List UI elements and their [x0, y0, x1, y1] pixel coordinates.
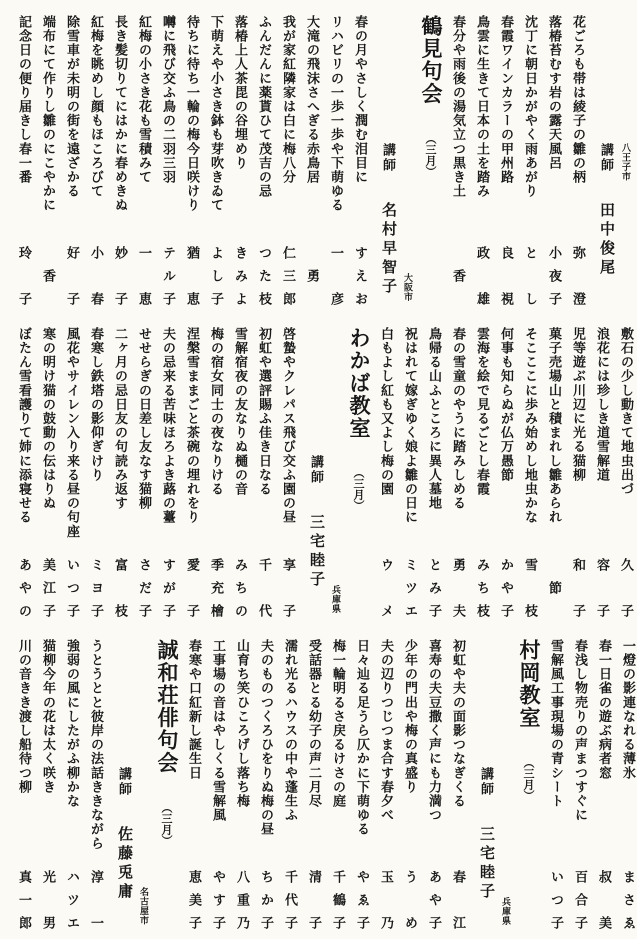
haiku-author: とし — [523, 246, 538, 306]
haiku-text: 少年の門出や梅の真盛り — [403, 639, 418, 794]
haiku-author: テル子 — [161, 246, 176, 306]
haiku-entry: せせらぎの日差し友なす猫柳 さだ子 — [137, 327, 152, 618]
haiku-entry: 待ちに待ち一輪の梅今日咲けり 猶恵 — [185, 15, 200, 306]
haiku-entry: 梅の宿女同士の夜なりける 季充檜 — [209, 327, 224, 618]
haiku-entry: 川の音きき渡し船待つ柳 真一郎 — [17, 639, 32, 930]
haiku-text: 春の雪童のやうに踏みしめる — [451, 327, 466, 510]
haiku-text: 落椿苔むす岩の露天風呂 — [547, 15, 562, 170]
haiku-author: 八重乃 — [235, 870, 250, 930]
haiku-author: 政雄 — [475, 246, 490, 306]
haiku-entry: 山育ち笑ひころげし落ち梅 八重乃 — [235, 639, 250, 930]
haiku-entry: 二ヶ月の忌日友の句読み返す 富枝 — [113, 327, 128, 618]
haiku-text: 濡れ光るハウスの中や蓬生ふ — [283, 639, 298, 822]
haiku-entry: 囀に飛び交ふ鳥の二羽三羽 テル子 — [161, 15, 176, 306]
haiku-author: つた枝 — [257, 246, 272, 306]
haiku-author: 勇夫 — [451, 558, 466, 618]
haiku-author: すえお — [353, 246, 368, 306]
haiku-author: ミツエ — [403, 558, 418, 618]
haiku-text: 工事場の音はやしくる雪解風 — [211, 639, 226, 822]
haiku-entry: 涅槃雪ままごと茶碗の埋れをり 愛子 — [185, 327, 200, 618]
haiku-text: 夫のものつくろひをりぬ梅の昼 — [259, 639, 274, 836]
haiku-text: 端布にて作りし雛のにこやかに — [41, 15, 56, 212]
haiku-entry: 夫の辺りつじつま合す春夕べ 玉乃 — [379, 639, 394, 930]
teacher-label: 講師 — [599, 143, 614, 173]
haiku-author: 季充檜 — [209, 558, 224, 618]
haiku-text: 我が家紅隣家は白に梅八分 — [281, 15, 296, 184]
haiku-author: 玲子 — [17, 246, 32, 306]
haiku-entry: 春寒や口紅新し誕生日 恵美子 — [187, 639, 202, 930]
band-bottom: シクラメンリハビリの友支へをり 幸子 一燈の影連なれる薄氷 まさゑ 春一日雀の遊… — [8, 639, 637, 930]
haiku-text: 受話器とる幼子の声二月尽 — [307, 639, 322, 808]
section-title: 誠和荘俳句会 （三月） — [154, 639, 178, 930]
section-teacher: 講師 三宅睦子 — [476, 639, 497, 930]
haiku-author: まさゑ — [621, 870, 636, 930]
section-city-label: 兵庫県 — [330, 327, 341, 618]
haiku-author: すが子 — [161, 558, 176, 618]
haiku-author: 淳一 — [89, 870, 104, 930]
haiku-text: 喜寿の夫豆撒く声にも力満つ — [427, 639, 442, 822]
haiku-author: 百合子 — [573, 870, 588, 930]
haiku-entry: 落椿上人茶毘の谷埋めり きみよ — [233, 15, 248, 306]
haiku-author: 享子 — [281, 558, 296, 618]
haiku-text: せせらぎの日差し友なす猫柳 — [137, 327, 152, 510]
haiku-entry: 春一日雀の遊ぶ病者窓 叔美 — [597, 639, 612, 930]
haiku-entry: 猫柳今年の花は太く咲き 光男 — [41, 639, 56, 930]
haiku-author: さだ子 — [137, 558, 152, 618]
teacher-name: 三宅睦子 — [478, 826, 494, 902]
haiku-entry: 寒の明け猫の鼓動の伝はりぬ 美江子 — [41, 327, 56, 618]
haiku-text: 沈丁に朝日かがやく雨あがり — [523, 15, 538, 198]
haiku-author: 叔美 — [597, 870, 612, 930]
section-header: 多摩特養俳句クラブ （三月） 八王子市 講師 田中俊尾 — [596, 15, 637, 306]
haiku-author: 小夜子 — [547, 246, 562, 306]
haiku-author: 猶恵 — [185, 246, 200, 306]
haiku-text: 祝はれて嫁ぎゆく娘よ雛の日に — [403, 327, 418, 524]
section-header: 誠和荘俳句会 （三月） 名古屋市 講師 佐藤兎庸 — [114, 639, 178, 930]
haiku-entry: 梅一輪明るさ戻るけさの庭 千鶴子 — [331, 639, 346, 930]
haiku-text: 紅梅を眺めし顔もほころびて — [89, 15, 104, 198]
haiku-text: 鳥雲に生きて日本の土を踏み — [475, 15, 490, 198]
haiku-entry: 鳥雲に生きて日本の土を踏み 政雄 — [475, 15, 490, 306]
teacher-name: 田中俊尾 — [598, 202, 614, 278]
haiku-text: 何事も知らぬが仏万愚節 — [499, 327, 514, 482]
haiku-author: 玉乃 — [379, 870, 394, 930]
section-teacher: 講師 田中俊尾 — [596, 15, 617, 306]
haiku-entry: 濡れ光るハウスの中や蓬生ふ 千代子 — [283, 639, 298, 930]
haiku-text: 初虹や夫の面影つなぎくる — [451, 639, 466, 808]
haiku-author: 勇 — [305, 246, 320, 306]
haiku-author: 一彦 — [329, 246, 344, 306]
haiku-entry: 工事場の音はやしくる雪解風 やす子 — [211, 639, 226, 930]
haiku-entry: 記念日の便り届きし春一番 玲子 — [17, 15, 32, 306]
section-title-text: 鶴見句会 — [419, 15, 442, 105]
teacher-label: 講師 — [117, 767, 132, 797]
haiku-author: ちか子 — [259, 870, 274, 930]
haiku-text: 記念日の便り届きし春一番 — [17, 15, 32, 184]
haiku-text: 寒の明け猫の鼓動の伝はりぬ — [41, 327, 56, 510]
haiku-author: やゑ子 — [355, 870, 370, 930]
haiku-author: 春江 — [451, 870, 466, 930]
haiku-text: そこここに歩み始めし地虫かな — [523, 327, 538, 524]
haiku-entry: そこここに歩み始めし地虫かな 雪枝 — [523, 327, 538, 618]
haiku-author: いつ子 — [65, 558, 80, 618]
haiku-author: 小春 — [89, 246, 104, 306]
haiku-author: 千代 — [257, 558, 272, 618]
haiku-text: 春分や雨後の湯気立つ黒き土 — [451, 15, 466, 198]
haiku-entry: 紅梅を眺めし顔もほころびて 小春 — [89, 15, 104, 306]
haiku-text: 下萌えや小さき鉢も芽吹きゐて — [209, 15, 224, 212]
section-month-label: （三月） — [352, 467, 364, 511]
section-month-label: （三月） — [160, 802, 172, 846]
haiku-entry: 春の月やさしく潤む泪目に すえお — [353, 15, 368, 306]
haiku-text: 白もよし紅も又よし梅の園 — [379, 327, 394, 496]
haiku-text: 児等遊ぶ川辺に光る猫柳 — [571, 327, 586, 482]
teacher-label: 講師 — [381, 143, 396, 173]
haiku-text: 初虹や選評賜ふ佳き日なる — [257, 327, 272, 496]
section-title-text: 村岡教室 — [517, 639, 540, 729]
haiku-author: 光男 — [41, 870, 56, 930]
haiku-author: 節 — [547, 558, 562, 618]
haiku-entry: リハビリの一歩一歩や下萌ゆる 一彦 — [329, 15, 344, 306]
haiku-author: みち枝 — [475, 558, 490, 618]
haiku-entry: 春霞ワインカラーの甲州路 良視 — [499, 15, 514, 306]
haiku-author: 恵美子 — [187, 870, 202, 930]
haiku-author: 香 — [41, 246, 56, 306]
haiku-text: 除雪車が未明の街を遠ざかる — [65, 15, 80, 198]
haiku-entry: 少年の門出や梅の真盛り うめ — [403, 639, 418, 930]
haiku-entry: 祝はれて嫁ぎゆく娘よ雛の日に ミツエ — [403, 327, 418, 618]
haiku-text: ふんだんに薬貰ひて茂吉の忌 — [257, 15, 272, 198]
haiku-entry: 雪解宿夜の友なりぬ樋の音 みちの — [233, 327, 248, 618]
haiku-author: 雪枝 — [523, 558, 538, 618]
haiku-text: 雲海を絵で見るごとし春霞 — [475, 327, 490, 496]
haiku-author: うめ — [403, 870, 418, 930]
haiku-entry: ぼたん雪看護りて姉に添寝せる あやの — [17, 327, 32, 618]
haiku-entry: 敷石の少し動きて地虫出づ 久子 — [619, 327, 634, 618]
haiku-text: 大滝の飛沫さへぎる赤鳥居 — [305, 15, 320, 184]
section-header: 村岡教室 （三月） 兵庫県 講師 三宅睦子 — [476, 639, 540, 930]
haiku-entry: 落椿苔むす岩の露天風呂 小夜子 — [547, 15, 562, 306]
haiku-author: 清子 — [307, 870, 322, 930]
haiku-text: 春浅し物売りの声まつすぐに — [573, 639, 588, 822]
haiku-text: 涅槃雪ままごと茶碗の埋れをり — [185, 327, 200, 524]
haiku-author: ミヨ子 — [89, 558, 104, 618]
haiku-author: 和子 — [571, 558, 586, 618]
haiku-text: 浪花には珍しき道雪解道 — [595, 327, 610, 482]
haiku-text: 川の音きき渡し船待つ柳 — [17, 639, 32, 794]
haiku-entry: 春分や雨後の湯気立つ黒き土 香 — [451, 15, 466, 306]
teacher-label: 講師 — [309, 455, 324, 485]
section-month-label: （三月） — [424, 133, 436, 177]
haiku-author: 一恵 — [137, 246, 152, 306]
haiku-author: 富枝 — [113, 558, 128, 618]
haiku-text: 猫柳今年の花は太く咲き — [41, 639, 56, 794]
haiku-text: 待ちに待ち一輪の梅今日咲けり — [185, 15, 200, 212]
haiku-author: 久子 — [619, 558, 634, 618]
haiku-author: 容子 — [595, 558, 610, 618]
haiku-entry: 啓蟄やクレパス飛び交ふ園の昼 享子 — [281, 327, 296, 618]
section-city-label: 名古屋市 — [138, 639, 149, 930]
haiku-text: 敷石の少し動きて地虫出づ — [619, 327, 634, 496]
haiku-text: 梅の宿女同士の夜なりける — [209, 327, 224, 496]
haiku-author: 千代子 — [283, 870, 298, 930]
haiku-author: とみ子 — [427, 558, 442, 618]
haiku-entry: 鳥帰る山ふところに異人墓地 とみ子 — [427, 327, 442, 618]
section-header: わかば教室 （三月） 兵庫県 講師 三宅睦子 — [306, 327, 370, 618]
haiku-entry: 春浅し物売りの声まつすぐに 百合子 — [573, 639, 588, 930]
haiku-text: 春寒し鉄塔の影仰ぎけり — [89, 327, 104, 482]
haiku-entry: 除雪車が未明の街を遠ざかる 好子 — [65, 15, 80, 306]
haiku-text: 春の月やさしく潤む泪目に — [353, 15, 368, 184]
haiku-entry: 強弱の風にしたがふ柳かな ハツエ — [65, 639, 80, 930]
haiku-text: 啓蟄やクレパス飛び交ふ園の昼 — [281, 327, 296, 524]
haiku-text: 雪解宿夜の友なりぬ樋の音 — [233, 327, 248, 496]
haiku-text: 花ごろも帯は綾子の雛の柄 — [571, 15, 586, 184]
haiku-author: いつ子 — [549, 870, 564, 930]
haiku-text: 二ヶ月の忌日友の句読み返す — [113, 327, 128, 510]
haiku-entry: 菓子売場山と積まれし雛あられ 節 — [547, 327, 562, 618]
haiku-entry: 沈丁に朝日かがやく雨あがり とし — [523, 15, 538, 306]
haiku-entry: 風花やサイレン入り来る昼の句座 いつ子 — [65, 327, 80, 618]
section-city-label: 兵庫県 — [500, 639, 511, 930]
haiku-author: 千鶴子 — [331, 870, 346, 930]
teacher-name: 三宅睦子 — [308, 514, 324, 590]
section-title-text: 誠和荘俳句会 — [155, 639, 178, 774]
section-title: わかば教室 （三月） — [346, 327, 370, 618]
haiku-text: 日々辿る足うら仄かに下萌ゆる — [355, 639, 370, 836]
haiku-author: きみよ — [233, 246, 248, 306]
haiku-entry: 児等遊ぶ川辺に光る猫柳 和子 — [571, 327, 586, 618]
haiku-entry: 一燈の影連なれる薄氷 まさゑ — [621, 639, 636, 930]
haiku-author: 妙子 — [113, 246, 128, 306]
haiku-author: あやの — [17, 558, 32, 618]
haiku-author: 良視 — [499, 246, 514, 306]
teacher-name: 名村早智子 — [380, 202, 396, 297]
haiku-author: 仁三郎 — [281, 246, 296, 306]
haiku-text: 菓子売場山と積まれし雛あられ — [547, 327, 562, 524]
section-header: 鶴見句会 （三月） 大阪市 講師 名村早智子 — [378, 15, 442, 306]
section-title-text: わかば教室 — [347, 327, 370, 440]
section-month-label: （三月） — [522, 757, 534, 801]
haiku-entry: 何事も知らぬが仏万愚節 かや子 — [499, 327, 514, 618]
haiku-text: ぼたん雪看護りて姉に添寝せる — [17, 327, 32, 524]
haiku-author: 弥澄 — [571, 246, 586, 306]
haiku-entry: 端布にて作りし雛のにこやかに 香 — [41, 15, 56, 306]
haiku-text: 長き髪切りてにはかに春めきぬ — [113, 15, 128, 212]
haiku-author: やす子 — [211, 870, 226, 930]
section-teacher: 講師 名村早智子 — [378, 15, 399, 306]
haiku-text: 春一日雀の遊ぶ病者窓 — [597, 639, 612, 780]
haiku-text: 落椿上人茶毘の谷埋めり — [233, 15, 248, 170]
haiku-author: 愛子 — [185, 558, 200, 618]
haiku-text: 夫の辺りつじつま合す春夕べ — [379, 639, 394, 822]
haiku-author: ハツエ — [65, 870, 80, 930]
haiku-author: かや子 — [499, 558, 514, 618]
haiku-entry: 長き髪切りてにはかに春めきぬ 妙子 — [113, 15, 128, 306]
band-middle: 敷石の少し動きて地虫出づ 久子 浪花には珍しき道雪解道 容子 児等遊ぶ川辺に光る… — [8, 327, 634, 618]
haiku-text: 一燈の影連なれる薄氷 — [621, 639, 636, 780]
haiku-entry: 喜寿の夫豆撒く声にも力満つ あや子 — [427, 639, 442, 930]
haiku-entry: 初虹や選評賜ふ佳き日なる 千代 — [257, 327, 272, 618]
haiku-text: 春霞ワインカラーの甲州路 — [499, 15, 514, 184]
haiku-entry: 紅梅の小さき花も雪積みて 一恵 — [137, 15, 152, 306]
teacher-label: 講師 — [479, 767, 494, 797]
haiku-entry: 受話器とる幼子の声二月尽 清子 — [307, 639, 322, 930]
haiku-text: リハビリの一歩一歩や下萌ゆる — [329, 15, 344, 212]
haiku-entry: 浪花には珍しき道雪解道 容子 — [595, 327, 610, 618]
haiku-text: 囀に飛び交ふ鳥の二羽三羽 — [161, 15, 176, 184]
haiku-entry: 大滝の飛沫さへぎる赤鳥居 勇 — [305, 15, 320, 306]
haiku-author: 香 — [451, 246, 466, 306]
haiku-author: あや子 — [427, 870, 442, 930]
section-teacher: 講師 佐藤兎庸 — [114, 639, 135, 930]
haiku-author: よし子 — [209, 246, 224, 306]
haiku-entry: うとうとと彼岸の法話ききながら 淳一 — [89, 639, 104, 930]
band-top: 多摩特養俳句クラブ （三月） 八王子市 講師 田中俊尾 花ごろも帯は綾子の雛の柄… — [8, 15, 637, 306]
section-teacher: 講師 三宅睦子 — [306, 327, 327, 618]
haiku-text: うとうとと彼岸の法話ききながら — [89, 639, 104, 851]
haiku-text: 夫の忌来る苦味ほろよき蕗の薹 — [161, 327, 176, 524]
haiku-bulletin-page: 多摩特養俳句クラブ （三月） 八王子市 講師 田中俊尾 花ごろも帯は綾子の雛の柄… — [0, 0, 637, 939]
haiku-entry: 雪解風工事現場の青シート いつ子 — [549, 639, 564, 930]
haiku-text: 風花やサイレン入り来る昼の句座 — [65, 327, 80, 539]
section-city-label: 大阪市 — [402, 15, 413, 306]
teacher-name: 佐藤兎庸 — [116, 826, 132, 902]
haiku-text: 山育ち笑ひころげし落ち梅 — [235, 639, 250, 808]
section-title: 村岡教室 （三月） — [516, 639, 540, 930]
haiku-text: 雪解風工事現場の青シート — [549, 639, 564, 808]
haiku-text: 強弱の風にしたがふ柳かな — [65, 639, 80, 808]
haiku-entry: 白もよし紅も又よし梅の園 ウメ — [379, 327, 394, 618]
haiku-text: 紅梅の小さき花も雪積みて — [137, 15, 152, 184]
haiku-entry: 夫の忌来る苦味ほろよき蕗の薹 すが子 — [161, 327, 176, 618]
haiku-author: みちの — [233, 558, 248, 618]
haiku-entry: 日々辿る足うら仄かに下萌ゆる やゑ子 — [355, 639, 370, 930]
haiku-author: 好子 — [65, 246, 80, 306]
section-title: 鶴見句会 （三月） — [418, 15, 442, 306]
haiku-entry: 雲海を絵で見るごとし春霞 みち枝 — [475, 327, 490, 618]
haiku-author: 美江子 — [41, 558, 56, 618]
haiku-entry: 春寒し鉄塔の影仰ぎけり ミヨ子 — [89, 327, 104, 618]
haiku-entry: ふんだんに薬貰ひて茂吉の忌 つた枝 — [257, 15, 272, 306]
haiku-author: 真一郎 — [17, 870, 32, 930]
haiku-entry: 春の雪童のやうに踏みしめる 勇夫 — [451, 327, 466, 618]
haiku-author: ウメ — [379, 558, 394, 618]
haiku-entry: 夫のものつくろひをりぬ梅の昼 ちか子 — [259, 639, 274, 930]
section-city-label: 八王子市 — [620, 15, 631, 306]
haiku-entry: 花ごろも帯は綾子の雛の柄 弥澄 — [571, 15, 586, 306]
haiku-text: 梅一輪明るさ戻るけさの庭 — [331, 639, 346, 808]
haiku-text: 鳥帰る山ふところに異人墓地 — [427, 327, 442, 510]
haiku-entry: 初虹や夫の面影つなぎくる 春江 — [451, 639, 466, 930]
haiku-entry: 下萌えや小さき鉢も芽吹きゐて よし子 — [209, 15, 224, 306]
haiku-text: 春寒や口紅新し誕生日 — [187, 639, 202, 780]
haiku-entry: 我が家紅隣家は白に梅八分 仁三郎 — [281, 15, 296, 306]
